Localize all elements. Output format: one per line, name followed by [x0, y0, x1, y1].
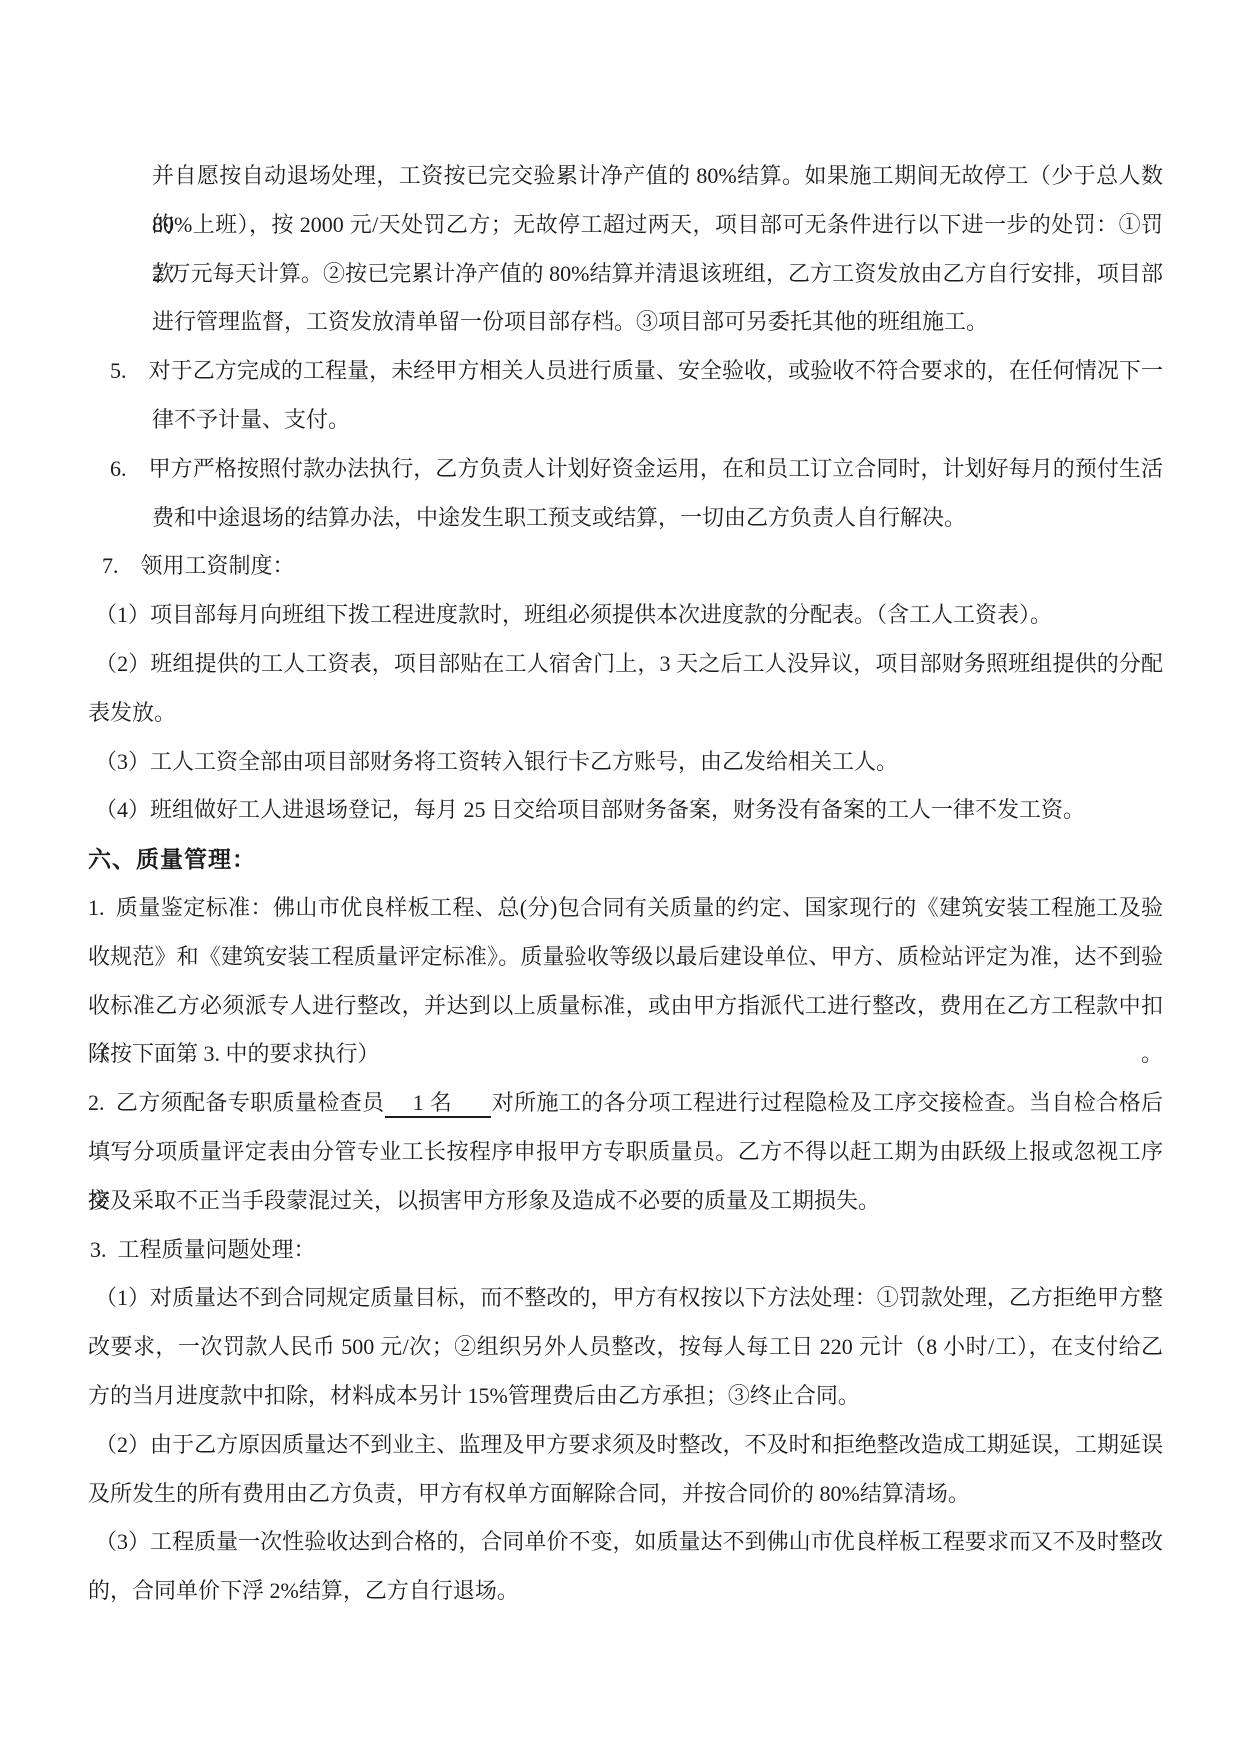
text-segment: （1）对质量达不到合同规定质量目标，而不整改的，甲方有权按以下方法处理：①罚款处… [95, 1285, 1163, 1310]
text-line: 及所发生的所有费用由乙方负责，甲方有权单方面解除合同，并按合同价的 80%结算清… [88, 1470, 1163, 1519]
text-line: 的，合同单价下浮 2%结算，乙方自行退场。 [88, 1567, 1163, 1616]
text-segment: 费和中途退场的结算办法，中途发生职工预支或结算，一切由乙方负责人自行解决。 [152, 505, 966, 530]
text-segment: （1）项目部每月向班组下拨工程进度款时，班组必须提供本次进度款的分配表。（含工人… [95, 602, 1052, 627]
text-segment: 1. 质量鉴定标准：佛山市优良样板工程、总(分)包合同有关质量的约定、国家现行的… [88, 895, 1163, 920]
clause-6: 6. 甲方严格按照付款办法执行，乙方负责人计划好资金运用，在和员工订立合同时，计… [110, 445, 1163, 494]
quality-clause-3-item-2: （2）由于乙方原因质量达不到业主、监理及甲方要求须及时整改，不及时和拒绝整改造成… [95, 1421, 1163, 1470]
text-line: 接及采取不正当手段蒙混过关，以损害甲方形象及造成不必要的质量及工期损失。 [88, 1177, 1163, 1226]
text-segment: 律不予计量、支付。 [152, 407, 350, 432]
text-segment: 对所施工的各分项工程进行过程隐检及工序交接检查。当自检合格后 [491, 1090, 1163, 1115]
text-segment: 表发放。 [88, 700, 176, 725]
text-line: 并自愿按自动退场处理，工资按已完交验累计净产值的 80%结算。如果施工期间无故停… [152, 152, 1163, 201]
text-line: 2 万元每天计算。②按已完累计净产值的 80%结算并清退该班组，乙方工资发放由乙… [152, 250, 1163, 299]
text-segment: 及所发生的所有费用由乙方负责，甲方有权单方面解除合同，并按合同价的 80%结算清… [88, 1481, 970, 1506]
text-segment: （按下面第 3. 中的要求执行） [88, 1041, 380, 1066]
clause-7-item-1: （1）项目部每月向班组下拨工程进度款时，班组必须提供本次进度款的分配表。（含工人… [95, 591, 1163, 640]
text-segment: 收规范》和《建筑安装工程质量评定标准》。质量验收等级以最后建设单位、甲方、质检站… [88, 944, 1163, 969]
text-segment: 方的当月进度款中扣除，材料成本另计 15%管理费后由乙方承担；③终止合同。 [88, 1383, 860, 1408]
clause-7-item-4: （4）班组做好工人进退场登记，每月 25 日交给项目部财务备案，财务没有备案的工… [95, 786, 1163, 835]
text-segment: （3）工人工资全部由项目部财务将工资转入银行卡乙方账号，由乙发给相关工人。 [95, 749, 898, 774]
text-segment: 改要求，一次罚款人民币 500 元/次；②组织另外人员整改，按每人每工日 220… [88, 1334, 1163, 1359]
clause-5: 5. 对于乙方完成的工程量，未经甲方相关人员进行质量、安全验收，或验收不符合要求… [110, 347, 1163, 396]
text-segment: 7. 领用工资制度： [102, 553, 295, 578]
text-segment: 接及采取不正当手段蒙混过关，以损害甲方形象及造成不必要的质量及工期损失。 [88, 1188, 880, 1213]
document-page: 并自愿按自动退场处理，工资按已完交验累计净产值的 80%结算。如果施工期间无故停… [0, 0, 1240, 1753]
text-segment: （3）工程质量一次性验收达到合格的，合同单价不变，如质量达不到佛山市优良样板工程… [95, 1529, 1163, 1554]
text-segment: 2 万元每天计算。②按已完累计净产值的 80%结算并清退该班组，乙方工资发放由乙… [152, 261, 1163, 286]
filled-blank-underline: 1 名 [385, 1090, 492, 1118]
clause-7-item-2: （2）班组提供的工人工资表，项目部贴在工人宿舍门上，3 天之后工人没异议，项目部… [95, 640, 1163, 689]
quality-clause-2: 2. 乙方须配备专职质量检查员 1 名 对所施工的各分项工程进行过程隐检及工序交… [88, 1079, 1163, 1128]
text-line: 进行管理监督，工资发放清单留一份项目部存档。③项目部可另委托其他的班组施工。 [152, 298, 1163, 347]
text-line: 收规范》和《建筑安装工程质量评定标准》。质量验收等级以最后建设单位、甲方、质检站… [88, 933, 1163, 982]
text-segment: 六、质量管理： [88, 846, 256, 872]
text-segment: 6. 甲方严格按照付款办法执行，乙方负责人计划好资金运用，在和员工订立合同时，计… [110, 456, 1163, 481]
text-line: 表发放。 [88, 689, 1163, 738]
text-segment: 进行管理监督，工资发放清单留一份项目部存档。③项目部可另委托其他的班组施工。 [152, 309, 988, 334]
text-line: 费和中途退场的结算办法，中途发生职工预支或结算，一切由乙方负责人自行解决。 [152, 494, 1163, 543]
quality-clause-3: 3. 工程质量问题处理： [90, 1226, 1163, 1275]
quality-clause-1: 1. 质量鉴定标准：佛山市优良样板工程、总(分)包合同有关质量的约定、国家现行的… [88, 884, 1163, 933]
section-heading-quality-management: 六、质量管理： [88, 835, 1163, 884]
text-line: 改要求，一次罚款人民币 500 元/次；②组织另外人员整改，按每人每工日 220… [88, 1323, 1163, 1372]
quality-clause-3-item-1: （1）对质量达不到合同规定质量目标，而不整改的，甲方有权按以下方法处理：①罚款处… [95, 1274, 1163, 1323]
clause-7: 7. 领用工资制度： [102, 542, 1163, 591]
text-line: 律不予计量、支付。 [152, 396, 1163, 445]
text-segment: （2）由于乙方原因质量达不到业主、监理及甲方要求须及时整改，不及时和拒绝整改造成… [95, 1432, 1163, 1457]
text-segment: 3. 工程质量问题处理： [90, 1237, 316, 1262]
text-segment: 2. 乙方须配备专职质量检查员 [88, 1090, 385, 1115]
clause-7-item-3: （3）工人工资全部由项目部财务将工资转入银行卡乙方账号，由乙发给相关工人。 [95, 738, 1163, 787]
contract-text-body: 并自愿按自动退场处理，工资按已完交验累计净产值的 80%结算。如果施工期间无故停… [88, 152, 1163, 1616]
text-line: 方的当月进度款中扣除，材料成本另计 15%管理费后由乙方承担；③终止合同。 [88, 1372, 1163, 1421]
text-segment: 5. 对于乙方完成的工程量，未经甲方相关人员进行质量、安全验收，或验收不符合要求… [110, 358, 1163, 383]
text-segment: 的，合同单价下浮 2%结算，乙方自行退场。 [88, 1578, 519, 1603]
text-segment: （4）班组做好工人进退场登记，每月 25 日交给项目部财务备案，财务没有备案的工… [95, 797, 1085, 822]
text-line: 填写分项质量评定表由分管专业工长按程序申报甲方专职质量员。乙方不得以赶工期为由跃… [88, 1128, 1163, 1177]
text-line: 收标准乙方必须派专人进行整改，并达到以上质量标准，或由甲方指派代工进行整改，费用… [88, 982, 1163, 1031]
quality-clause-3-item-3: （3）工程质量一次性验收达到合格的，合同单价不变，如质量达不到佛山市优良样板工程… [95, 1518, 1163, 1567]
text-line: 80%上班），按 2000 元/天处罚乙方；无故停工超过两天，项目部可无条件进行… [152, 201, 1163, 250]
text-segment: （2）班组提供的工人工资表，项目部贴在工人宿舍门上，3 天之后工人没异议，项目部… [95, 651, 1163, 676]
